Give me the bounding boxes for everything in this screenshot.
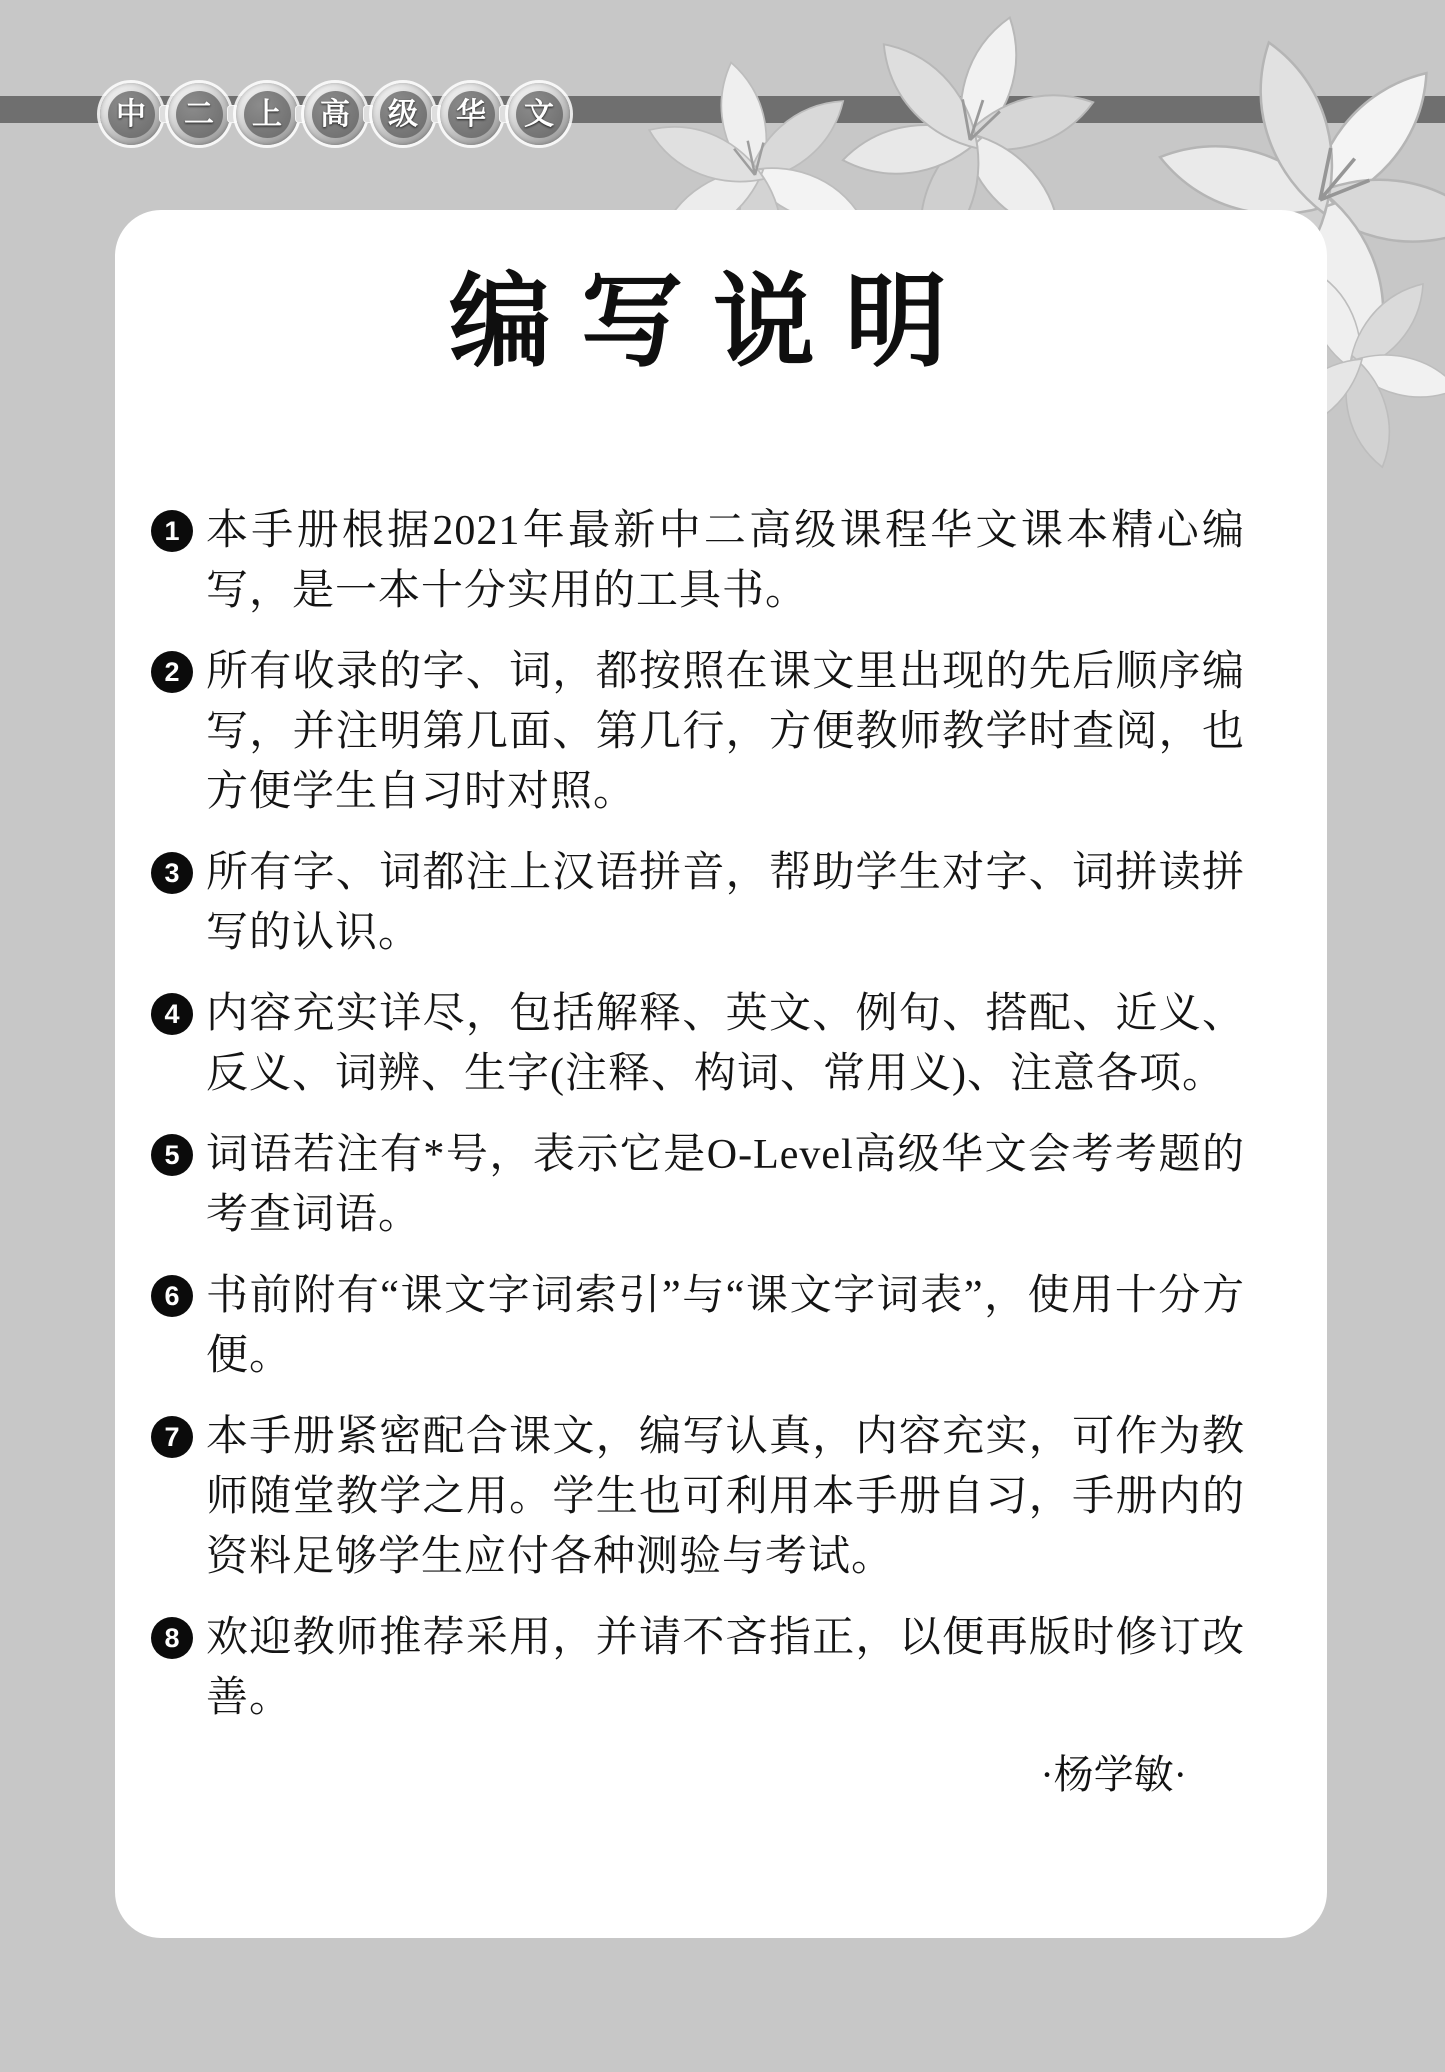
header-badge-row: 中 二 上 高 级 华 文 — [100, 83, 570, 145]
item-text: 本手册紧密配合课文，编写认真，内容充实，可作为教师随堂教学之用。学生也可利用本手… — [206, 1407, 1245, 1587]
list-item: 1 本手册根据2021年最新中二高级课程华文课本精心编写，是一本十分实用的工具书… — [151, 501, 1245, 621]
list-item: 4 内容充实详尽，包括解释、英文、例句、搭配、近义、反义、词辨、生字(注释、构词… — [151, 984, 1245, 1104]
header-badge-7-label: 文 — [516, 91, 563, 138]
header-badge-1-label: 中 — [108, 91, 155, 138]
header-badge-4-label: 高 — [312, 91, 359, 138]
item-number-badge: 3 — [151, 852, 193, 894]
header-badge-3-label: 上 — [244, 91, 291, 138]
item-number-badge: 6 — [151, 1275, 193, 1317]
list-item: 3 所有字、词都注上汉语拼音，帮助学生对字、词拼读拼写的认识。 — [151, 843, 1245, 963]
item-text: 所有收录的字、词，都按照在课文里出现的先后顺序编写，并注明第几面、第几行，方便教… — [206, 642, 1245, 822]
item-text: 欢迎教师推荐采用，并请不吝指正，以便再版时修订改善。 — [206, 1608, 1245, 1728]
item-number-badge: 2 — [151, 651, 193, 693]
list-item: 5 词语若注有*号，表示它是O-Level高级华文会考考题的考查词语。 — [151, 1125, 1245, 1245]
item-text: 本手册根据2021年最新中二高级课程华文课本精心编写，是一本十分实用的工具书。 — [206, 501, 1245, 621]
list-item: 2 所有收录的字、词，都按照在课文里出现的先后顺序编写，并注明第几面、第几行，方… — [151, 642, 1245, 822]
item-number-badge: 8 — [151, 1617, 193, 1659]
header-badge-6-label: 华 — [448, 91, 495, 138]
header-badge-4: 高 — [304, 83, 366, 145]
item-text: 内容充实详尽，包括解释、英文、例句、搭配、近义、反义、词辨、生字(注释、构词、常… — [206, 984, 1245, 1104]
content-card: 编写说明 1 本手册根据2021年最新中二高级课程华文课本精心编写，是一本十分实… — [115, 210, 1327, 1938]
list-item: 7 本手册紧密配合课文，编写认真，内容充实，可作为教师随堂教学之用。学生也可利用… — [151, 1407, 1245, 1587]
instruction-list: 1 本手册根据2021年最新中二高级课程华文课本精心编写，是一本十分实用的工具书… — [151, 501, 1245, 1728]
header-badge-5-label: 级 — [380, 91, 427, 138]
header-badge-2: 二 — [168, 83, 230, 145]
page-title: 编写说明 — [151, 265, 1245, 379]
author-signature: ·杨学敏· — [151, 1749, 1187, 1801]
header-badge-3: 上 — [236, 83, 298, 145]
list-item: 8 欢迎教师推荐采用，并请不吝指正，以便再版时修订改善。 — [151, 1608, 1245, 1728]
header-badge-2-label: 二 — [176, 91, 223, 138]
header-badge-1: 中 — [100, 83, 162, 145]
item-number-badge: 4 — [151, 993, 193, 1035]
item-text: 词语若注有*号，表示它是O-Level高级华文会考考题的考查词语。 — [206, 1125, 1245, 1245]
item-number-badge: 1 — [151, 510, 193, 552]
item-text: 书前附有“课文字词索引”与“课文字词表”，使用十分方便。 — [206, 1266, 1245, 1386]
list-item: 6 书前附有“课文字词索引”与“课文字词表”，使用十分方便。 — [151, 1266, 1245, 1386]
header-badge-6: 华 — [440, 83, 502, 145]
item-number-badge: 5 — [151, 1134, 193, 1176]
item-number-badge: 7 — [151, 1416, 193, 1458]
item-text: 所有字、词都注上汉语拼音，帮助学生对字、词拼读拼写的认识。 — [206, 843, 1245, 963]
header-badge-5: 级 — [372, 83, 434, 145]
header-badge-7: 文 — [508, 83, 570, 145]
